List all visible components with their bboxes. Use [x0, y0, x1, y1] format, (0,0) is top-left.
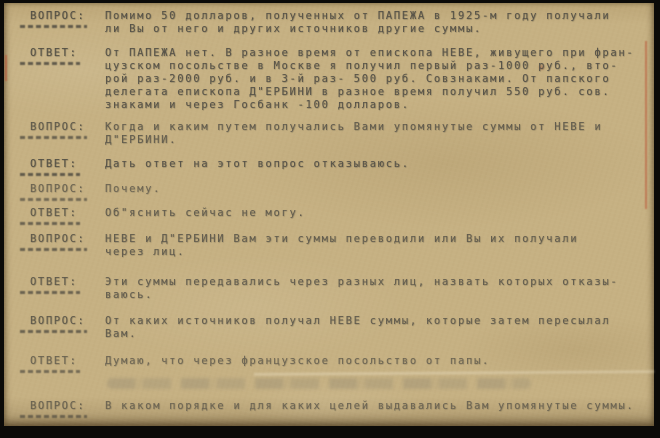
qa-entry-answer: ОТВЕТ: Об"яснить сейчас не могу. [4, 207, 654, 220]
red-crease-line [645, 41, 647, 209]
question-text: НЕВЕ и Д"ЕРБИНИ Вам эти суммы переводили… [105, 233, 654, 259]
paper-crease [254, 371, 654, 376]
qa-entry-answer: ОТВЕТ: Эти суммы передавались через разн… [4, 276, 654, 302]
question-label: ВОПРОС: [4, 121, 105, 134]
qa-entry-answer: ОТВЕТ: Дать ответ на этот вопрос отказыв… [4, 158, 654, 171]
answer-text: От ПАПЕЖА нет. В разное время от епископ… [105, 47, 654, 112]
question-text: Помимо 50 долларов, полученных от ПАПЕЖА… [105, 10, 654, 36]
paper: ВОПРОС: Помимо 50 долларов, полученных о… [4, 3, 654, 426]
answer-label: ОТВЕТ: [4, 47, 105, 60]
question-text: От каких источников получал НЕВЕ суммы, … [105, 315, 654, 341]
qa-entry-question: ВОПРОС: Помимо 50 долларов, полученных о… [4, 10, 654, 36]
qa-entry-question: ВОПРОС: Когда и каким путем получались В… [4, 121, 654, 147]
question-label: ВОПРОС: [4, 10, 105, 23]
answer-label: ОТВЕТ: [4, 207, 105, 220]
answer-label: ОТВЕТ: [4, 276, 105, 289]
question-label: ВОПРОС: [4, 400, 105, 413]
question-text: Почему. [105, 183, 654, 196]
question-label: ВОПРОС: [4, 233, 105, 246]
question-label: ВОПРОС: [4, 315, 105, 328]
answer-label: ОТВЕТ: [4, 158, 105, 171]
qa-entry-answer: ОТВЕТ: Думаю, что через французское посо… [4, 355, 654, 368]
question-text: Когда и каким путем получались Вами упом… [105, 121, 654, 147]
qa-entry-question: ВОПРОС: От каких источников получал НЕВЕ… [4, 315, 654, 341]
erased-line-smudge [107, 378, 531, 389]
qa-entry-question: ВОПРОС: Почему. [4, 183, 654, 196]
question-text: В каком порядке и для каких целей выдава… [105, 400, 654, 413]
answer-label: ОТВЕТ: [4, 355, 105, 368]
answer-text: Об"яснить сейчас не могу. [105, 207, 654, 220]
red-edge-mark [5, 55, 7, 81]
qa-entry-question: ВОПРОС: НЕВЕ и Д"ЕРБИНИ Вам эти суммы пе… [4, 233, 654, 259]
answer-text: Эти суммы передавались через разных лиц,… [105, 276, 654, 302]
answer-text: Дать ответ на этот вопрос отказываюсь. [105, 158, 654, 171]
answer-text: Думаю, что через французское посольство … [105, 355, 654, 368]
question-label: ВОПРОС: [4, 183, 105, 196]
document-scan: ВОПРОС: Помимо 50 долларов, полученных о… [0, 0, 660, 438]
qa-entry-question: ВОПРОС: В каком порядке и для каких целе… [4, 400, 654, 413]
qa-entry-answer: ОТВЕТ: От ПАПЕЖА нет. В разное время от … [4, 47, 654, 112]
